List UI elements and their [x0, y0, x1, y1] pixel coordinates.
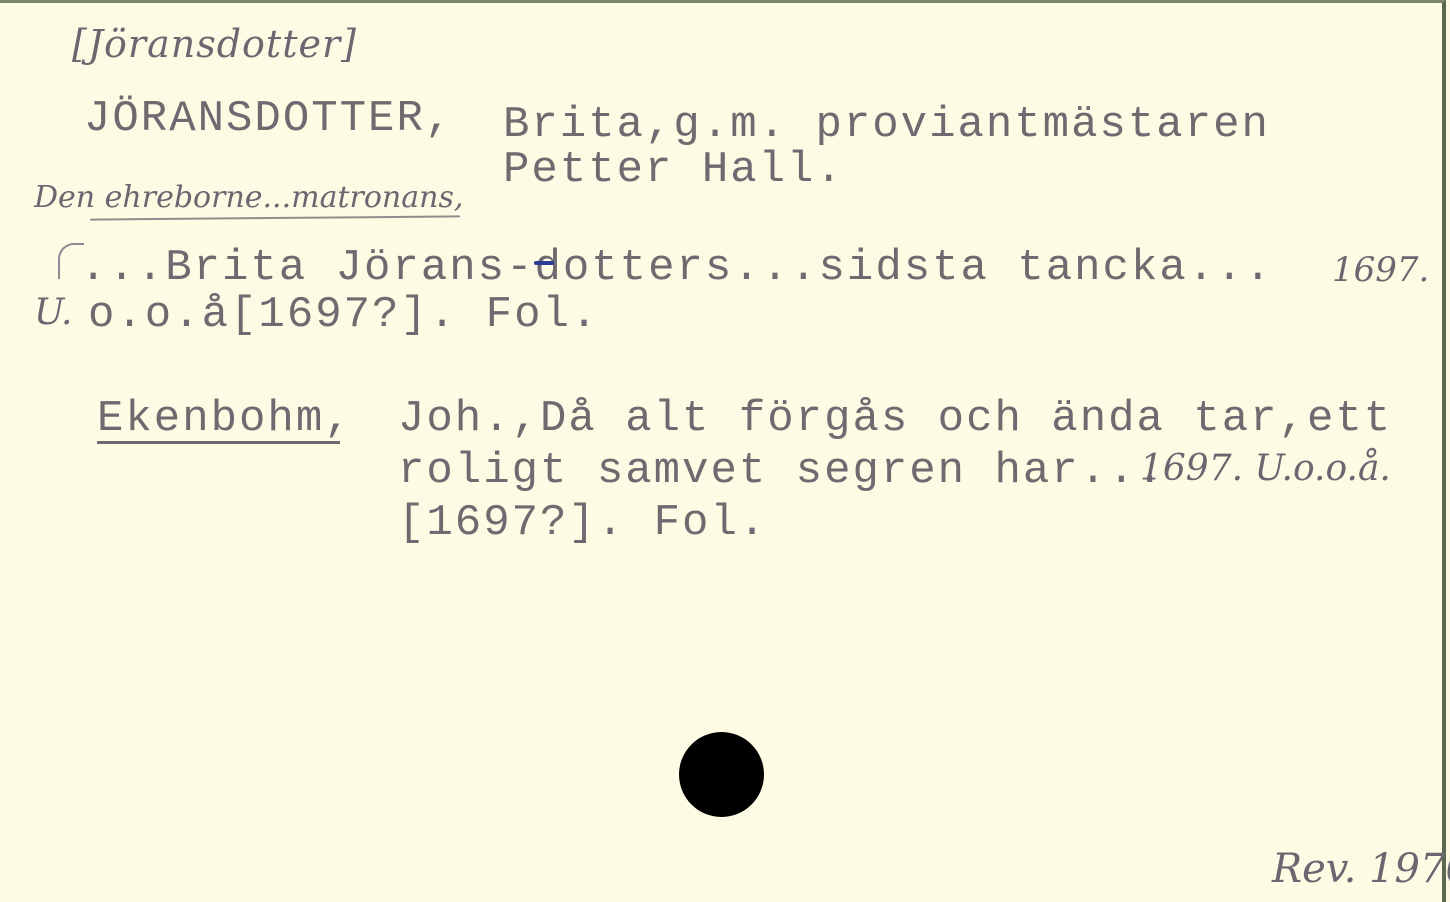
entry2-line2: roligt samvet segren har...: [398, 449, 1165, 493]
handwritten-rule: [90, 215, 460, 220]
heading-line-2: Petter Hall.: [503, 148, 844, 192]
punch-hole: [679, 732, 764, 817]
entry1-hand-year: 1697.: [1332, 253, 1429, 287]
entry1-hand-prefix: U.: [34, 295, 72, 331]
entry2-line3: [1697?]. Fol.: [398, 501, 767, 545]
blue-hyphen-mark: [534, 261, 554, 265]
catalog-card: [Jöransdotter] JÖRANSDOTTER, Brita,g.m. …: [0, 0, 1446, 902]
entry1-line2: o.o.å[1697?]. Fol.: [88, 293, 599, 337]
handwritten-title-prefix: Den ehreborne...matronans,: [34, 183, 463, 213]
heading-name: JÖRANSDOTTER,: [84, 97, 453, 141]
handwritten-heading: [Jöransdotter]: [72, 25, 357, 63]
heading-line-1: Brita,g.m. proviantmästaren: [503, 103, 1270, 147]
entry1-line1: ...Brita Jörans-dotters...sidsta tancka.…: [80, 246, 1273, 290]
revision-note: Rev. 1970: [1272, 849, 1450, 889]
entry2-line1: Joh.,Då alt förgås och ända tar,ett: [398, 397, 1392, 441]
entry2-author: Ekenbohm,: [97, 397, 353, 441]
entry2-hand-note: 1697. U.o.o.å.: [1140, 451, 1391, 487]
author-underline: [97, 441, 340, 444]
